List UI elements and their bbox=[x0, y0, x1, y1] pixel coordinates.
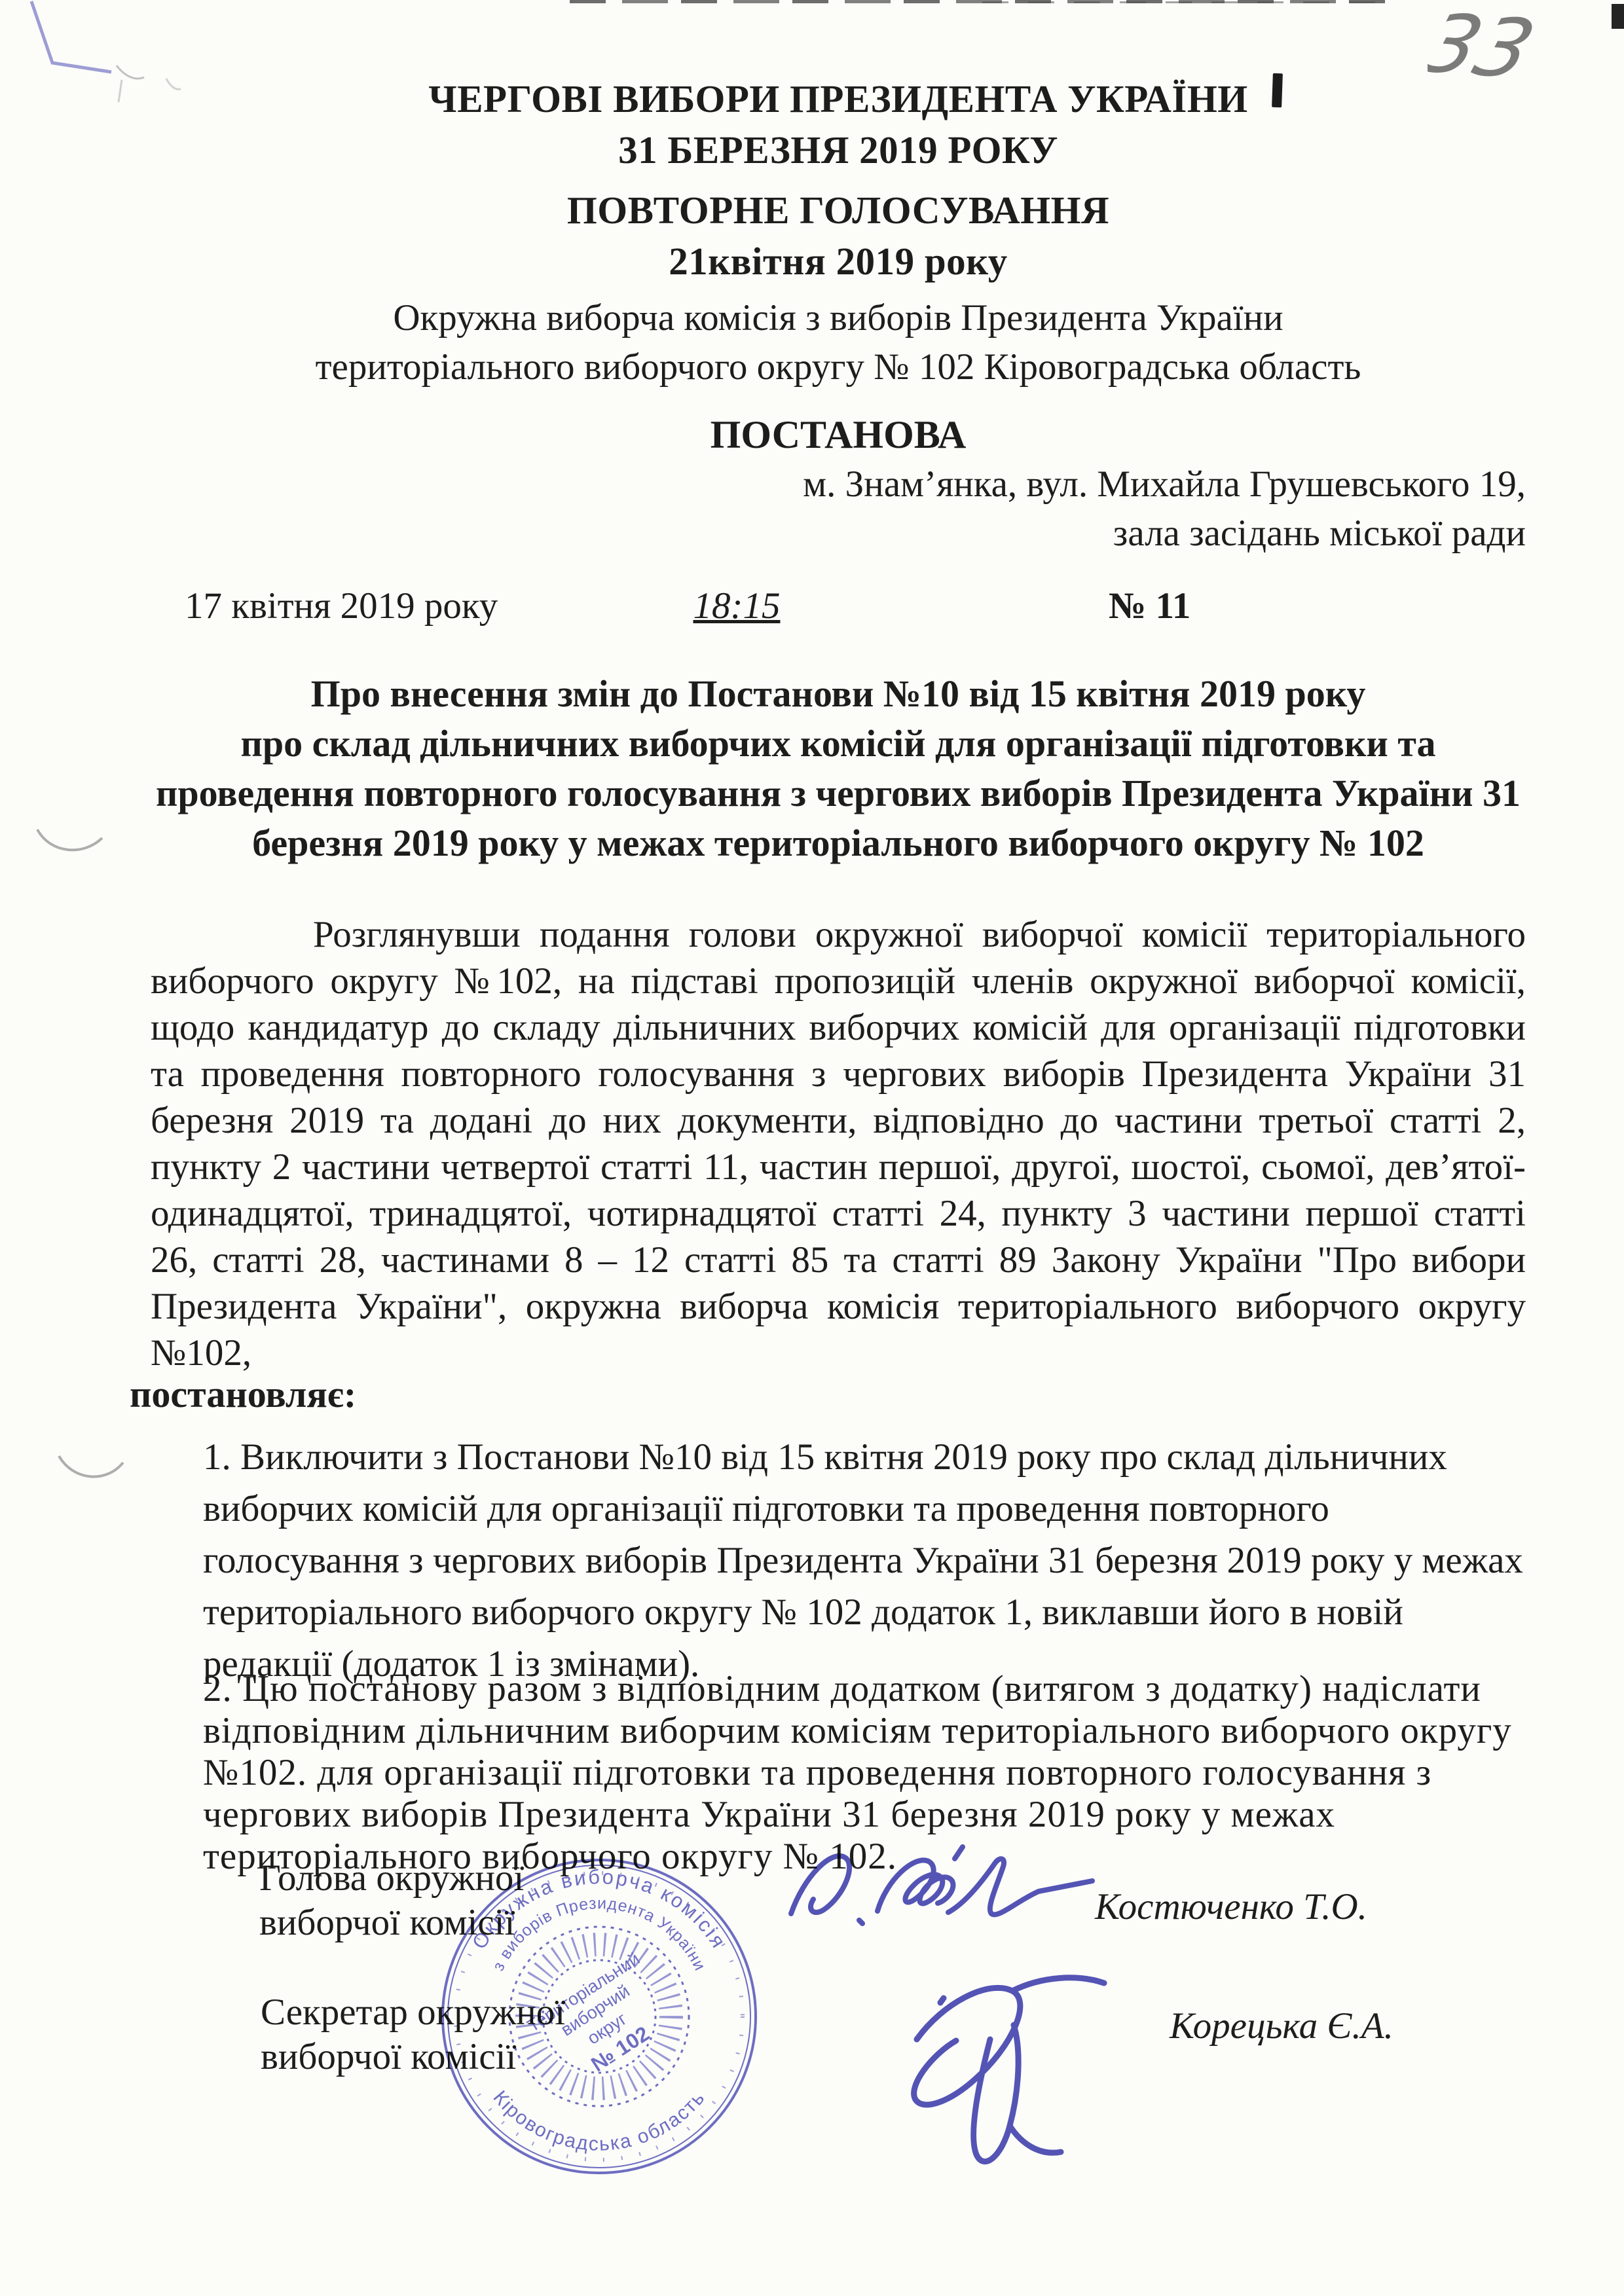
chairman-signature-ink bbox=[747, 1830, 1126, 1954]
scan-corner-mark bbox=[1612, 4, 1624, 29]
subject-line-1: Про внесення змін до Постанови №10 від 1… bbox=[151, 669, 1526, 719]
title-line-1: ЧЕРГОВІ ВИБОРИ ПРЕЗИДЕНТА УКРАЇНИ bbox=[151, 73, 1526, 124]
venue-line-2: зала засідань міської ради bbox=[151, 509, 1526, 558]
subject-line-3: проведення повторного голосування з черг… bbox=[151, 769, 1526, 818]
subtitle-line-2: 21квітня 2019 року bbox=[151, 236, 1526, 287]
stamp-ring-bottom-text: Кіровоградська область bbox=[489, 2086, 709, 2155]
venue-line-1: м. Знам’янка, вул. Михайла Грушевського … bbox=[151, 460, 1526, 509]
commission-round-stamp: Окружна виборча комісія з виборів Презид… bbox=[437, 1846, 761, 2187]
resolves-label: постановляє: bbox=[130, 1372, 356, 1416]
signature-name-secretary: Корецька Є.А. bbox=[1170, 2005, 1393, 2047]
meeting-time: 18:15 bbox=[678, 585, 796, 627]
date-time-number-row: 17 квітня 2019 року 18:15 № 11 bbox=[0, 585, 1624, 637]
subject-heading: Про внесення змін до Постанови №10 від 1… bbox=[151, 669, 1526, 868]
meeting-date: 17 квітня 2019 року bbox=[185, 585, 498, 627]
subtitle-line-1: ПОВТОРНЕ ГОЛОСУВАННЯ bbox=[151, 185, 1526, 236]
scanned-decree-page: 33 ЧЕРГОВІ ВИБОРИ ПРЕЗИДЕНТА УКРАЇНИ 31 … bbox=[0, 0, 1624, 2296]
secretary-signature-ink bbox=[819, 1948, 1133, 2183]
pen-mark-left-margin bbox=[54, 1448, 129, 1489]
revote-subtitle-block: ПОВТОРНЕ ГОЛОСУВАННЯ 21квітня 2019 року bbox=[151, 185, 1526, 287]
resolution-item-1: 1. Виключити з Постанови №10 від 15 квіт… bbox=[203, 1431, 1529, 1690]
title-line-2: 31 БЕРЕЗНЯ 2019 РОКУ bbox=[151, 124, 1526, 175]
venue-block: м. Знам’янка, вул. Михайла Грушевського … bbox=[151, 460, 1526, 558]
subject-line-4: березня 2019 року у межах територіальног… bbox=[151, 818, 1526, 868]
svg-text:Кіровоградська область: Кіровоградська область bbox=[489, 2086, 709, 2155]
document-type-heading: ПОСТАНОВА bbox=[151, 412, 1526, 458]
election-title-block: ЧЕРГОВІ ВИБОРИ ПРЕЗИДЕНТА УКРАЇНИ 31 БЕР… bbox=[151, 73, 1526, 175]
pen-mark-left-margin bbox=[34, 820, 109, 860]
commission-line-2: територіального виборчого округу № 102 К… bbox=[151, 342, 1526, 392]
scan-edge-artifact bbox=[982, 1, 1388, 3]
subject-line-2: про склад дільничних виборчих комісій дл… bbox=[151, 719, 1526, 769]
decree-number: № 11 bbox=[1109, 585, 1190, 627]
commission-name-block: Окружна виборча комісія з виборів Презид… bbox=[151, 293, 1526, 392]
signature-name-chairman: Костюченко Т.О. bbox=[1095, 1886, 1367, 1928]
preamble-paragraph: Розглянувши подання голови окружної вибо… bbox=[151, 911, 1526, 1376]
commission-line-1: Окружна виборча комісія з виборів Презид… bbox=[151, 293, 1526, 342]
